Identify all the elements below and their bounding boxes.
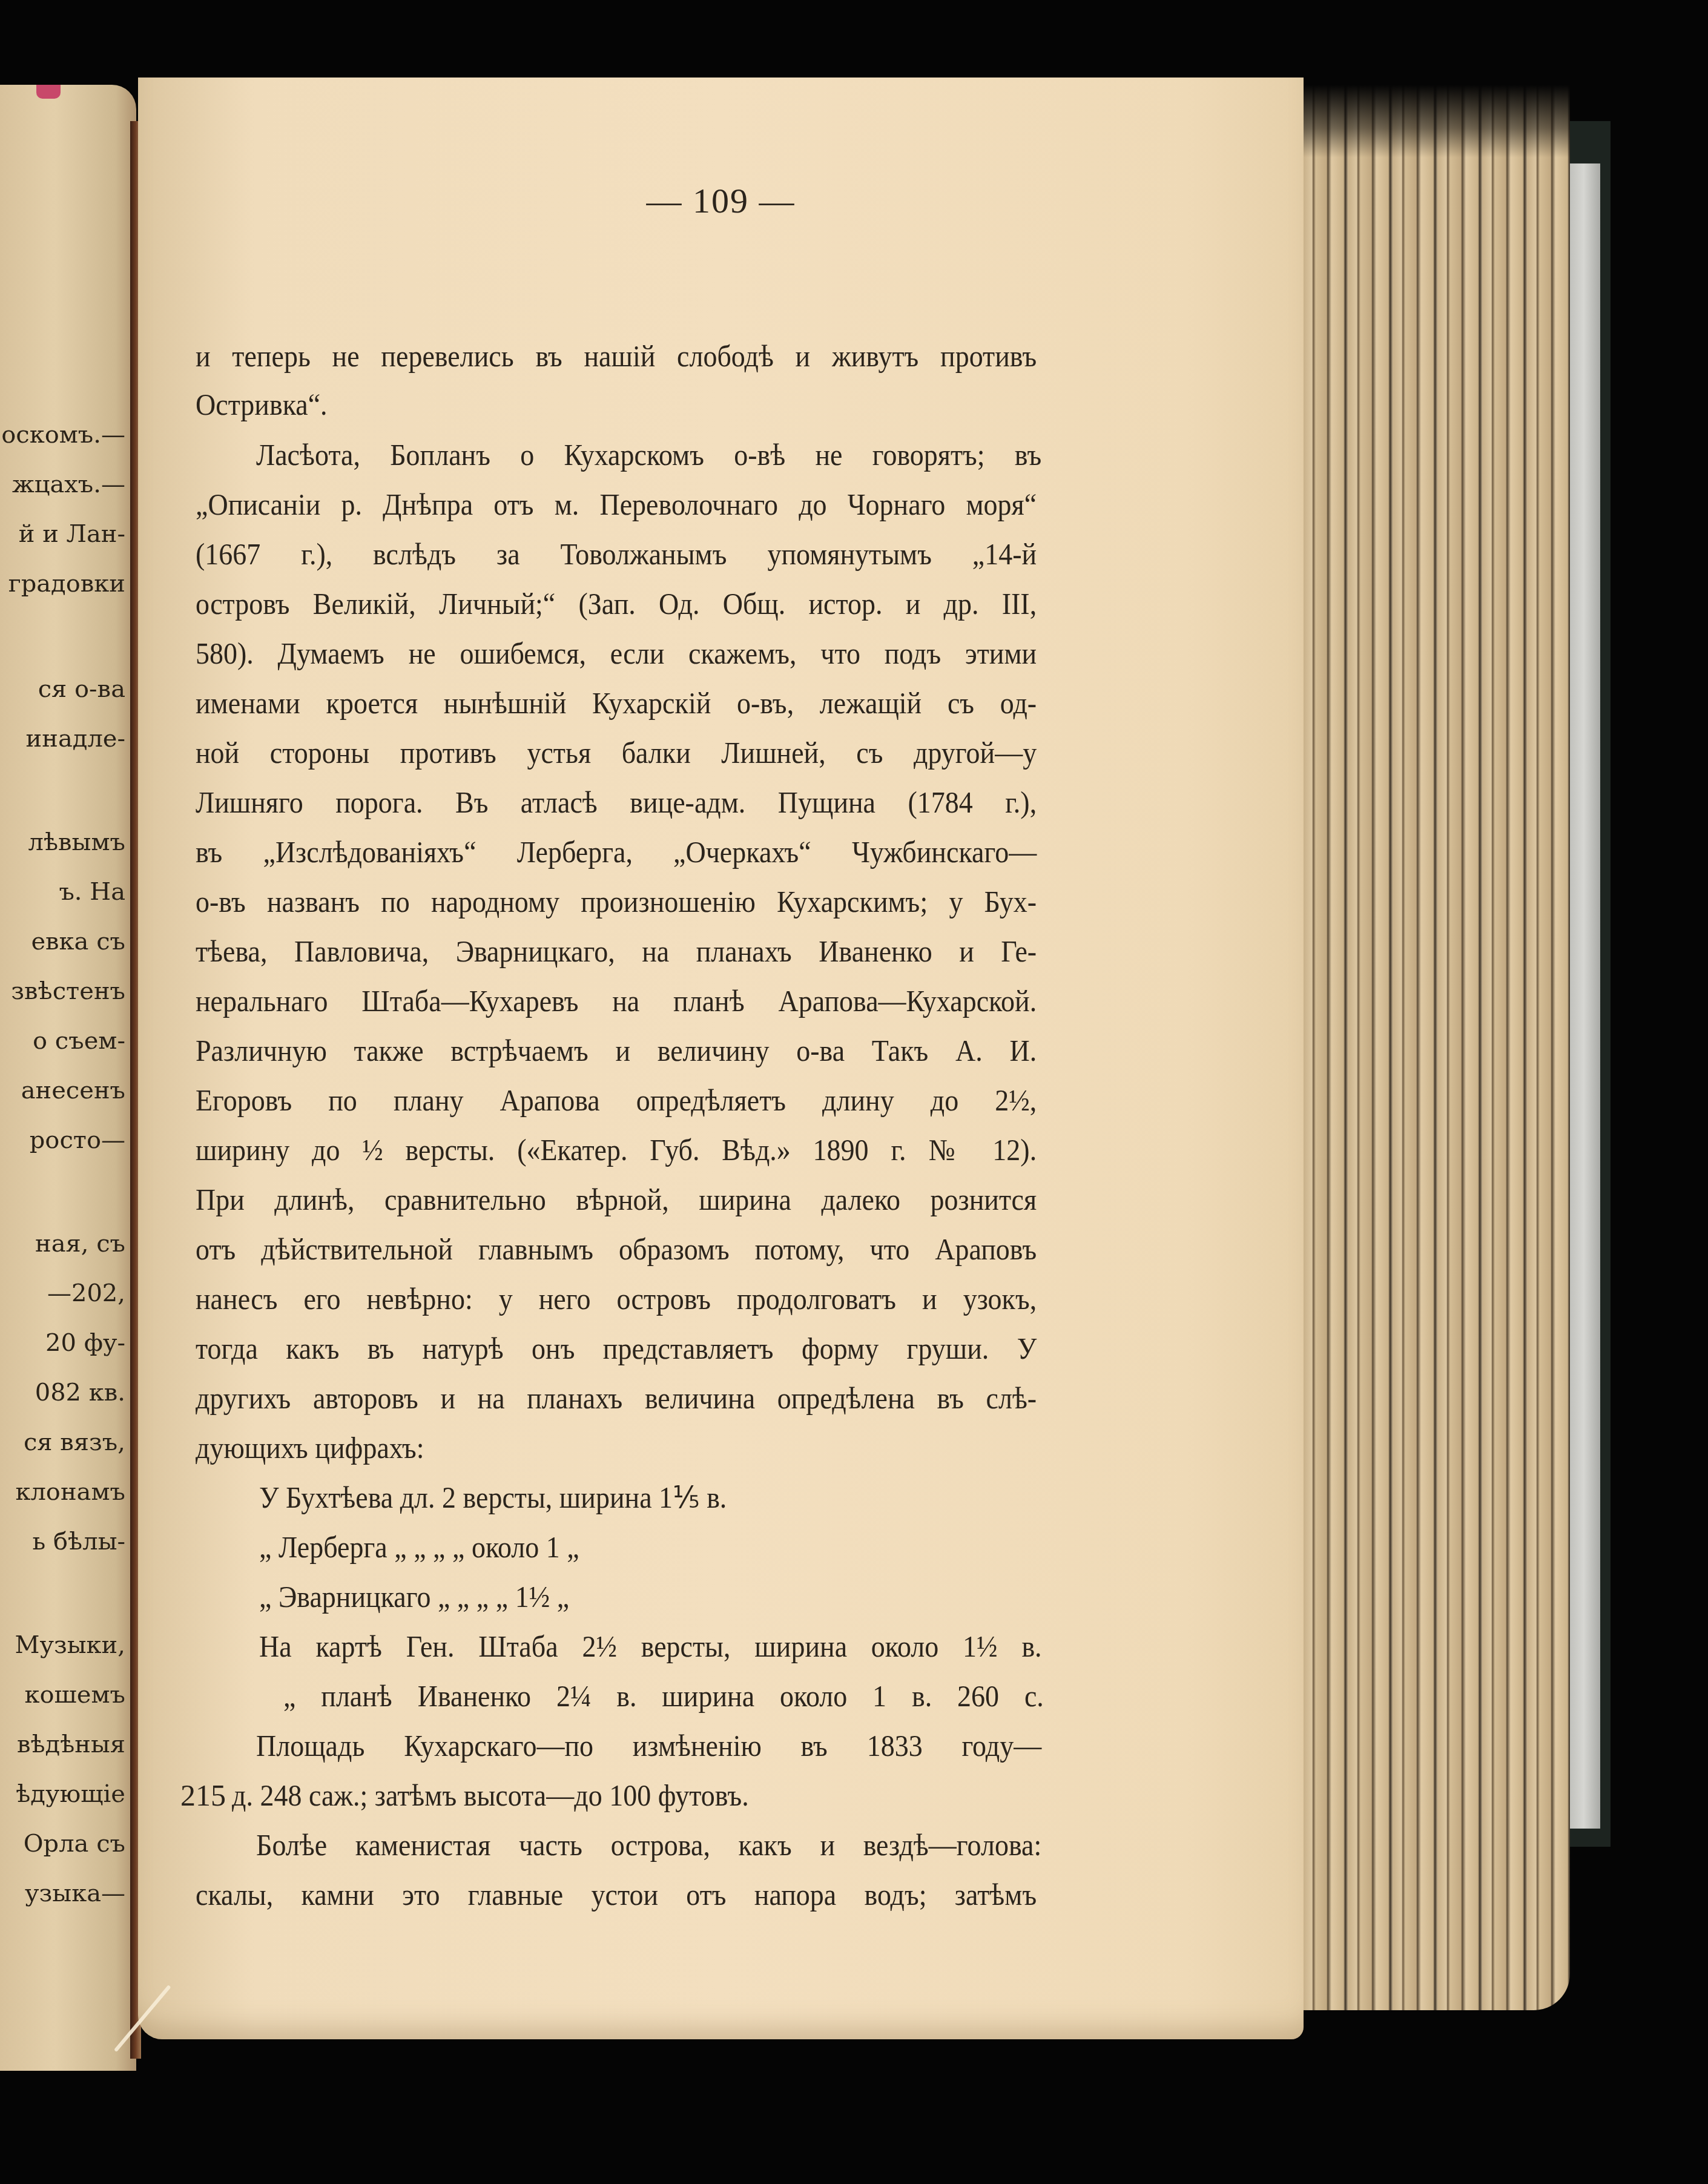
measurement-row-general-staff: На картѣ Ген. Штаба 2½ версты, ширина ок… xyxy=(259,1622,1042,1671)
paragraph-start: Болѣе каменистая часть острова, какъ и в… xyxy=(256,1821,1041,1869)
left-page-line: клонамъ xyxy=(15,1478,125,1506)
bookmark-ribbon xyxy=(36,85,61,99)
text-line: Егоровъ по плану Арапова опредѣляетъ дли… xyxy=(196,1076,1037,1124)
text-line: именами кроется нынѣшній Кухарскій о-въ,… xyxy=(196,679,1037,727)
text-line: отъ дѣйствительной главнымъ образомъ пот… xyxy=(196,1225,1037,1273)
margin-number: 215 xyxy=(180,1771,226,1819)
left-page-line: жцахъ.— xyxy=(12,470,125,498)
left-page-line: оскомъ.— xyxy=(1,421,125,449)
left-page-line: росто— xyxy=(30,1126,125,1154)
left-page-line: ся вязъ, xyxy=(24,1428,125,1456)
page-109: — 109 — и теперь не перевелись въ нашій … xyxy=(138,78,1304,2039)
paragraph-start: Площадь Кухарскаго—по измѣненію въ 1833 … xyxy=(256,1721,1041,1770)
edges-shadow xyxy=(1304,85,1570,157)
text-line: д. 248 саж.; затѣмъ высота—до 100 футовъ… xyxy=(232,1771,1040,1819)
left-page-line: ъ. На xyxy=(59,878,125,906)
text-line: ной стороны противъ устья балки Лишней, … xyxy=(196,728,1037,777)
left-page-line: звѣстенъ xyxy=(11,977,125,1005)
paragraph-start: Ласѣота, Бопланъ о Кухарскомъ о-вѣ не го… xyxy=(256,431,1041,479)
text-line: скалы, камни это главные устои отъ напор… xyxy=(196,1870,1037,1919)
text-line: Остривка“. xyxy=(196,380,1037,429)
measurement-row-lerberg: „ Лерберга „ „ „ „ около 1 „ xyxy=(259,1523,900,1571)
measurement-row-evarnitsky: „ Эварницкаго „ „ „ „ 1½ „ xyxy=(259,1572,900,1621)
text-line: неральнаго Штаба—Кухаревъ на планѣ Арапо… xyxy=(196,977,1037,1025)
left-page-line: о съем- xyxy=(33,1027,125,1055)
text-line: Лишняго порога. Въ атласѣ вице-адм. Пущи… xyxy=(196,778,1037,826)
left-page-line: 082 кв. xyxy=(35,1379,125,1407)
measurement-row-bukhteev: У Бухтѣева дл. 2 версты, ширина 1⅕ в. xyxy=(259,1473,900,1522)
left-page-line: —202, xyxy=(47,1279,125,1307)
measurement-row-ivanenko: „ планѣ Иваненко 2¼ в. ширина около 1 в.… xyxy=(283,1672,1044,1720)
text-line: дующихъ цифрахъ: xyxy=(196,1424,1037,1472)
left-page-line: ся о-ва xyxy=(38,675,125,703)
left-page-line: Орла съ xyxy=(24,1830,125,1858)
left-page-line: лѣвымъ xyxy=(28,828,125,856)
text-line: „Описаніи р. Днѣпра отъ м. Переволочнаго… xyxy=(196,480,1037,529)
text-line: нанесъ его невѣрно: у него островъ продо… xyxy=(196,1275,1037,1323)
text-line: При длинѣ, сравнительно вѣрной, ширина д… xyxy=(196,1175,1037,1224)
page-edges-stack xyxy=(1304,85,1570,2010)
left-page-line: 20 фу- xyxy=(45,1329,125,1357)
left-page-line: узыка— xyxy=(25,1879,125,1907)
text-line: 580). Думаемъ не ошибемся, если скажемъ,… xyxy=(196,629,1037,678)
left-page: оскомъ.— жцахъ.— й и Лан- градовки ся о-… xyxy=(0,85,136,2071)
left-page-line: вѣдѣныя xyxy=(17,1730,125,1758)
text-line: Различную также встрѣчаемъ и величину о-… xyxy=(196,1026,1037,1075)
left-page-line: й и Лан- xyxy=(19,520,125,548)
left-page-line: анесенъ xyxy=(21,1077,125,1104)
text-line: и теперь не перевелись въ нашій слободѣ … xyxy=(196,332,1037,380)
left-page-line: Музыки, xyxy=(15,1631,125,1659)
endpaper-edge xyxy=(1567,163,1600,1829)
text-line: (1667 г.), вслѣдъ за Товолжанымъ упомяну… xyxy=(196,530,1037,578)
text-line: ширину до ½ версты. («Екатер. Губ. Вѣд.»… xyxy=(196,1126,1037,1174)
text-line: тогда какъ въ натурѣ онъ представляетъ ф… xyxy=(196,1324,1037,1373)
left-page-line: кошемъ xyxy=(24,1681,125,1709)
page-number: — 109 — xyxy=(138,180,1304,221)
left-page-line: градовки xyxy=(8,570,125,598)
left-page-line: ѣдующіе xyxy=(16,1780,125,1808)
text-line: о-въ названъ по народному произношенію К… xyxy=(196,877,1037,926)
text-line: островъ Великій, Личный;“ (Зап. Од. Общ.… xyxy=(196,579,1037,628)
left-page-line: ь бѣлы- xyxy=(33,1528,125,1556)
text-line: тѣева, Павловича, Эварницкаго, на планах… xyxy=(196,927,1037,975)
text-line: другихъ авторовъ и на планахъ величина о… xyxy=(196,1374,1037,1422)
left-page-line: ная, съ xyxy=(35,1230,125,1258)
text-line: въ „Изслѣдованіяхъ“ Лерберга, „Очеркахъ“… xyxy=(196,828,1037,876)
left-page-line: инадле- xyxy=(26,725,125,753)
left-page-line: евка съ xyxy=(31,928,125,955)
